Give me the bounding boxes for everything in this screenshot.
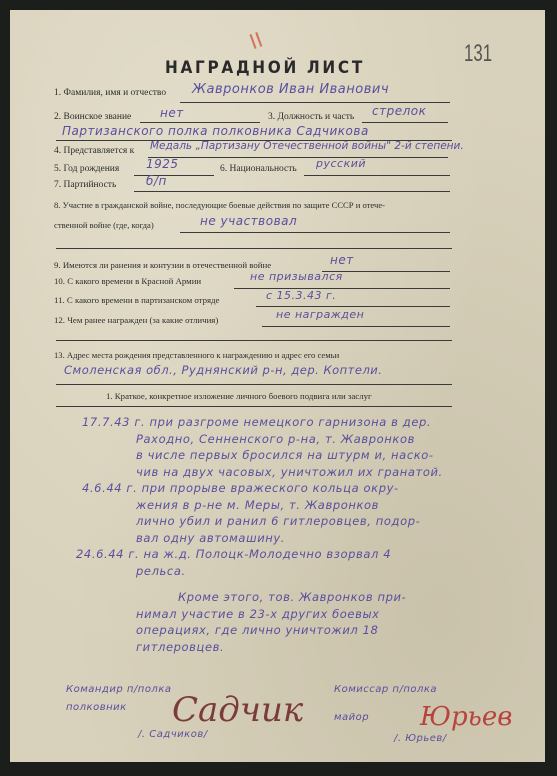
field-12-underline bbox=[262, 326, 450, 327]
narrative-line: Кроме этого, тов. Жавронков при- bbox=[82, 589, 443, 606]
field-12-previous-awards: не награжден bbox=[276, 308, 364, 321]
field-4-label: 4. Представляется к bbox=[54, 146, 134, 156]
narrative-line: 4.6.44 г. при прорыве вражеского кольца … bbox=[82, 480, 443, 497]
field-10-red-army-since: не призывался bbox=[250, 270, 343, 283]
field-12-underline-2 bbox=[56, 340, 452, 341]
commissar-title: Комиссар п/полка bbox=[334, 684, 437, 695]
commander-signature: Садчик bbox=[172, 690, 303, 730]
field-11-partisan-since: с 15.3.43 г. bbox=[266, 289, 336, 302]
narrative-line: вал одну автомашину. bbox=[82, 530, 443, 547]
commander-name: /. Садчиков/ bbox=[138, 729, 208, 740]
narrative-line: Раходно, Сенненского р-на, т. Жавронков bbox=[82, 431, 443, 448]
narrative-line: нимал участие в 23-х других боевых bbox=[82, 606, 443, 623]
field-13-label: 13. Адрес места рождения представленного… bbox=[54, 350, 339, 360]
field-7-party: б/п bbox=[146, 174, 167, 188]
field-10-label: 10. С какого времени в Красной Армии bbox=[54, 276, 201, 286]
field-8-underline bbox=[180, 232, 450, 233]
field-1-underline bbox=[180, 102, 450, 103]
field-8-underline-2 bbox=[56, 248, 452, 249]
commissar-signature: Юрьев bbox=[420, 702, 512, 732]
field-11-underline bbox=[256, 306, 450, 307]
field-2-underline bbox=[140, 122, 260, 123]
narrative-line: операциях, где лично уничтожил 18 bbox=[82, 622, 443, 639]
field-3-unit: Партизанского полка полковника Садчикова bbox=[62, 124, 369, 138]
commander-rank: полковник bbox=[66, 702, 127, 713]
field-8-civil-war-participation: не участвовал bbox=[200, 214, 297, 228]
narrative-line: гитлеровцев. bbox=[82, 639, 443, 656]
narrative-line: 24.6.44 г. на ж.д. Полоцк-Молодечно взор… bbox=[76, 546, 443, 563]
field-6-underline bbox=[304, 175, 450, 176]
field-2-military-rank: нет bbox=[160, 106, 184, 120]
narrative-line: в числе первых бросился на штурм и, наск… bbox=[82, 447, 443, 464]
field-5-label: 5. Год рождения bbox=[54, 164, 119, 174]
narrative-line: лично убил и ранил 6 гитлеровцев, подор- bbox=[82, 513, 443, 530]
narrative-line: 17.7.43 г. при разгроме немецкого гарниз… bbox=[82, 414, 443, 431]
field-3-label: 3. Должность и часть bbox=[268, 112, 354, 122]
field-2-label: 2. Воинское звание bbox=[54, 112, 131, 122]
commissar-rank: майор bbox=[334, 712, 369, 723]
narrative-line: рельса. bbox=[82, 563, 443, 580]
field-8-label: 8. Участие в гражданской войне, последую… bbox=[54, 200, 385, 210]
field-7-underline bbox=[134, 191, 450, 192]
field-4-award: Медаль „Партизану Отечественной войны" 2… bbox=[150, 140, 464, 152]
narrative-block: 17.7.43 г. при разгроме немецкого гарниз… bbox=[82, 414, 443, 655]
section-underline bbox=[56, 406, 452, 407]
field-3-underline bbox=[362, 122, 448, 123]
field-12-label: 12. Чем ранее награжден (за какие отличи… bbox=[54, 315, 218, 325]
narrative-line: жения в р-не м. Меры, т. Жавронков bbox=[82, 497, 443, 514]
field-13-address: Смоленская обл., Руднянский р-н, дер. Ко… bbox=[64, 363, 382, 377]
field-9-wounds: нет bbox=[330, 253, 354, 267]
field-4-underline bbox=[148, 157, 448, 158]
section-heading: 1. Краткое, конкретное изложение личного… bbox=[106, 391, 372, 401]
field-5-birth-year: 1925 bbox=[146, 157, 179, 171]
field-6-label: 6. Национальность bbox=[220, 164, 297, 174]
field-7-label: 7. Партийность bbox=[54, 180, 116, 190]
field-13-underline bbox=[56, 384, 452, 385]
commander-title: Командир п/полка bbox=[66, 684, 172, 695]
field-1-label: 1. Фамилия, имя и отчество bbox=[54, 88, 166, 98]
commissar-name: /. Юрьев/ bbox=[394, 733, 447, 744]
document-title: НАГРАДНОЙ ЛИСТ bbox=[165, 58, 365, 78]
field-9-label: 9. Имеются ли ранения и контузии в отече… bbox=[54, 260, 271, 270]
archive-number: 131 bbox=[464, 40, 492, 68]
field-3-position: стрелок bbox=[372, 104, 426, 118]
field-6-nationality: русский bbox=[316, 157, 366, 170]
field-8-label-cont: ственной войне (где, когда) bbox=[54, 220, 154, 230]
field-1-full-name: Жавронков Иван Иванович bbox=[192, 82, 389, 97]
narrative-line: чив на двух часовых, уничтожил их гранат… bbox=[82, 464, 443, 481]
field-11-label: 11. С какого времени в партизанском отря… bbox=[54, 295, 219, 305]
